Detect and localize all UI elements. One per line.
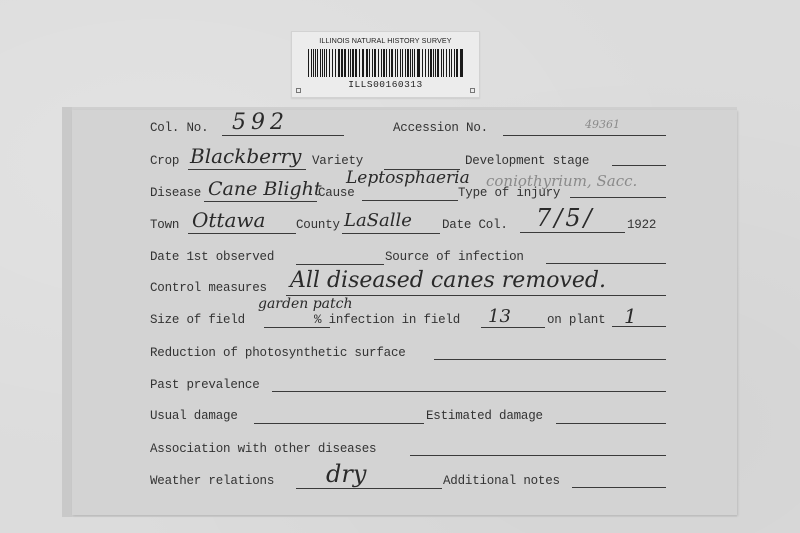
date-col-year: 1922 — [627, 218, 656, 232]
crop-line — [188, 169, 306, 170]
control-measures-value: All diseased canes removed. — [290, 268, 606, 293]
accession-no-line — [503, 135, 666, 136]
type-of-injury-line — [570, 197, 666, 198]
weather-relations-value: dry — [326, 460, 366, 488]
percent-infection-value: 13 — [488, 306, 511, 327]
estimated-damage-label: Estimated damage — [426, 409, 543, 423]
size-of-field-label: Size of field — [150, 313, 245, 327]
reduction-photosynthetic-label: Reduction of photosynthetic surface — [150, 346, 406, 360]
card-edge — [62, 107, 72, 517]
barcode-icon — [308, 49, 463, 77]
county-value: LaSalle — [344, 210, 412, 231]
weather-relations-label: Weather relations — [150, 474, 274, 488]
accession-no-value: 49361 — [585, 118, 620, 131]
date-col-label: Date Col. — [442, 218, 508, 232]
percent-infection-line — [481, 327, 545, 328]
on-plant-value: 1 — [624, 304, 637, 328]
additional-notes-label: Additional notes — [443, 474, 560, 488]
reduction-photosynthetic-line — [434, 359, 666, 360]
cause-label: Cause — [318, 186, 355, 200]
type-of-injury-label: Type of injury — [458, 186, 560, 200]
size-of-field-line — [264, 327, 330, 328]
usual-damage-line — [254, 423, 424, 424]
county-line — [342, 233, 440, 234]
col-no-line — [222, 135, 344, 136]
on-plant-label: on plant — [547, 313, 605, 327]
accession-no-label: Accession No. — [393, 121, 488, 135]
source-of-infection-label: Source of infection — [385, 250, 524, 264]
development-stage-label: Development stage — [465, 154, 589, 168]
on-plant-line — [612, 326, 666, 327]
variety-label: Variety — [312, 154, 363, 168]
crop-value: Blackberry — [190, 144, 301, 168]
association-other-diseases-label: Association with other diseases — [150, 442, 376, 456]
disease-label: Disease — [150, 186, 201, 200]
weather-relations-line — [296, 488, 442, 489]
development-stage-line — [612, 165, 666, 166]
col-no-value: 592 — [232, 110, 289, 135]
town-label: Town — [150, 218, 179, 232]
size-of-field-value: garden patch — [258, 296, 353, 312]
past-prevalence-label: Past prevalence — [150, 378, 260, 392]
percent-infection-label: % infection in field — [314, 313, 460, 327]
date-col-value: 7/5/ — [536, 204, 595, 232]
estimated-damage-line — [556, 423, 666, 424]
usual-damage-label: Usual damage — [150, 409, 238, 423]
date-1st-observed-label: Date 1st observed — [150, 250, 274, 264]
date-1st-observed-line — [296, 264, 384, 265]
source-of-infection-line — [546, 263, 666, 264]
disease-value: Cane Blight — [208, 178, 322, 200]
control-measures-label: Control measures — [150, 281, 267, 295]
town-value: Ottawa — [192, 208, 265, 232]
association-other-diseases-line — [410, 455, 666, 456]
col-no-label: Col. No. — [150, 121, 208, 135]
date-col-line — [520, 232, 625, 233]
barcode-label: ILLINOIS NATURAL HISTORY SURVEY ILLS0016… — [291, 31, 480, 98]
past-prevalence-line — [272, 391, 666, 392]
catalog-number: ILLS00160313 — [292, 79, 479, 90]
disease-line — [204, 201, 317, 202]
town-line — [188, 233, 296, 234]
corner-mark — [296, 88, 301, 93]
cause-value: Leptosphaeria — [346, 168, 470, 188]
crop-label: Crop — [150, 154, 179, 168]
institution-name: ILLINOIS NATURAL HISTORY SURVEY — [292, 36, 479, 45]
cause-line — [362, 200, 458, 201]
county-label: County — [296, 218, 340, 232]
additional-notes-line — [572, 487, 666, 488]
corner-mark — [470, 88, 475, 93]
